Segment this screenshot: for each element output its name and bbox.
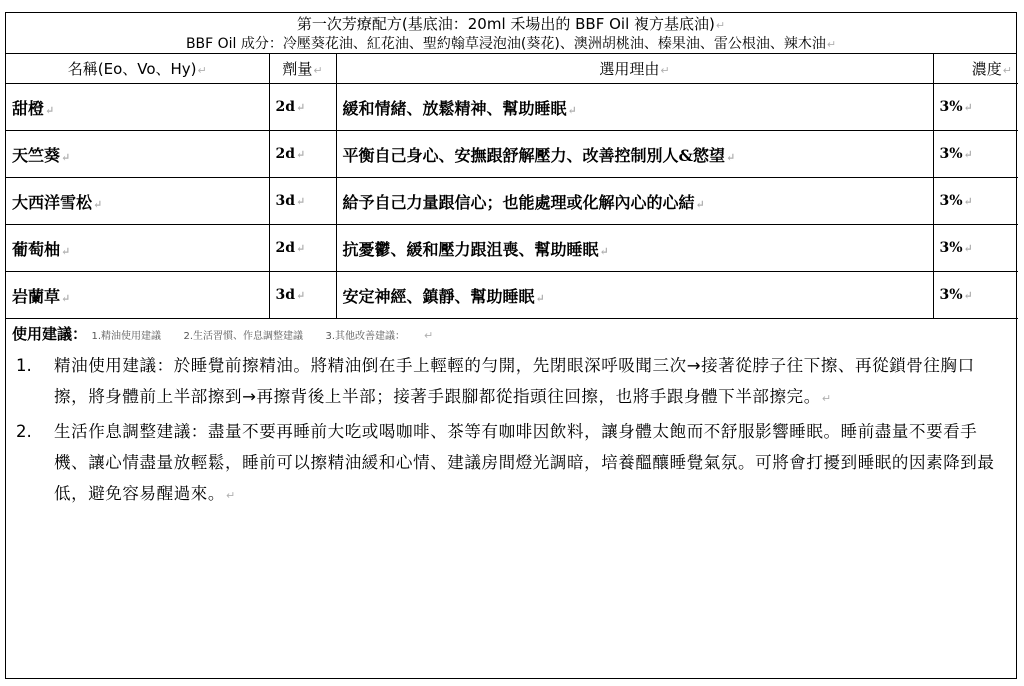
table-row: 天竺葵↵ 2d↵ 平衡自己身心、安撫跟舒解壓力、改善控制別人&慾望↵ 3%↵ — [6, 131, 1018, 178]
item-text: 生活作息調整建議：盡量不要再睡前大吃或喝咖啡、茶等有咖啡因飲料，讓身體太飽而不舒… — [54, 416, 1010, 511]
usage-item: 2. 生活作息調整建議：盡量不要再睡前大吃或喝咖啡、茶等有咖啡因飲料，讓身體太飽… — [12, 416, 1010, 511]
paragraph-mark-icon: ↵ — [61, 245, 70, 258]
usage-suggestions: 使用建議： 1.精油使用建議 2.生活習慣、作息調整建議 3.其他改善建議：↵ … — [6, 319, 1016, 511]
table-row: 大西洋雪松↵ 3d↵ 給予自己力量跟信心；也能處理或化解內心的心結↵ 3%↵ — [6, 178, 1018, 225]
paragraph-mark-icon: ↵ — [61, 151, 70, 164]
paragraph-mark-icon: ↵ — [827, 38, 836, 51]
oil-reason: 平衡自己身心、安撫跟舒解壓力、改善控制別人&慾望↵ — [336, 131, 933, 178]
usage-sub-1: 1.精油使用建議 — [91, 331, 161, 342]
oil-reason: 抗憂鬱、緩和壓力跟沮喪、幫助睡眠↵ — [336, 225, 933, 272]
base-oil-ingredients: BBF Oil 成分：冷壓葵花油、紅花油、聖約翰草浸泡油(葵花)、澳洲胡桃油、榛… — [6, 35, 1016, 54]
oil-concentration: 3%↵ — [933, 225, 1018, 272]
oil-reason: 安定神經、鎮靜、幫助睡眠↵ — [336, 272, 933, 319]
oil-dose: 2d↵ — [269, 84, 336, 131]
item-text: 精油使用建議：於睡覺前擦精油。將精油倒在手上輕輕的勻開，先閉眼深呼吸聞三次→接著… — [54, 350, 1010, 414]
paragraph-mark-icon: ↵ — [696, 198, 705, 211]
paragraph-mark-icon: ↵ — [660, 64, 669, 77]
item-number: 1. — [12, 350, 54, 414]
paragraph-mark-icon: ↵ — [822, 392, 832, 405]
header-concentration: 濃度↵ — [933, 54, 1018, 84]
header-dose: 劑量↵ — [269, 54, 336, 84]
title-block: 第一次芳療配方(基底油：20ml 禾場出的 BBF Oil 複方基底油)↵ BB… — [6, 13, 1016, 54]
paragraph-mark-icon: ↵ — [296, 195, 305, 208]
usage-heading: 使用建議： 1.精油使用建議 2.生活習慣、作息調整建議 3.其他改善建議：↵ — [12, 323, 1010, 348]
paragraph-mark-icon: ↵ — [296, 148, 305, 161]
oil-name: 大西洋雪松↵ — [6, 178, 269, 225]
paragraph-mark-icon: ↵ — [726, 151, 735, 164]
formula-table: 名稱(Eo、Vo、Hy)↵ 劑量↵ 選用理由↵ 濃度↵ 甜橙↵ 2d↵ 緩和情緒… — [6, 54, 1018, 319]
table-row: 岩蘭草↵ 3d↵ 安定神經、鎮靜、幫助睡眠↵ 3%↵ — [6, 272, 1018, 319]
paragraph-mark-icon: ↵ — [1003, 64, 1012, 77]
oil-concentration: 3%↵ — [933, 84, 1018, 131]
oil-name: 葡萄柚↵ — [6, 225, 269, 272]
oil-dose: 2d↵ — [269, 131, 336, 178]
table-row: 甜橙↵ 2d↵ 緩和情緒、放鬆精神、幫助睡眠↵ 3%↵ — [6, 84, 1018, 131]
paragraph-mark-icon: ↵ — [964, 289, 973, 302]
paragraph-mark-icon: ↵ — [313, 64, 322, 77]
paragraph-mark-icon: ↵ — [964, 101, 973, 114]
paragraph-mark-icon: ↵ — [600, 245, 609, 258]
paragraph-mark-icon: ↵ — [964, 242, 973, 255]
table-header-row: 名稱(Eo、Vo、Hy)↵ 劑量↵ 選用理由↵ 濃度↵ — [6, 54, 1018, 84]
oil-reason: 給予自己力量跟信心；也能處理或化解內心的心結↵ — [336, 178, 933, 225]
oil-dose: 2d↵ — [269, 225, 336, 272]
item-number: 2. — [12, 416, 54, 511]
table-row: 葡萄柚↵ 2d↵ 抗憂鬱、緩和壓力跟沮喪、幫助睡眠↵ 3%↵ — [6, 225, 1018, 272]
paragraph-mark-icon: ↵ — [716, 19, 725, 32]
oil-concentration: 3%↵ — [933, 178, 1018, 225]
oil-concentration: 3%↵ — [933, 272, 1018, 319]
paragraph-mark-icon: ↵ — [536, 292, 545, 305]
paragraph-mark-icon: ↵ — [964, 148, 973, 161]
paragraph-mark-icon: ↵ — [296, 101, 305, 114]
oil-name: 甜橙↵ — [6, 84, 269, 131]
paragraph-mark-icon: ↵ — [296, 242, 305, 255]
aromatherapy-formula-document: 第一次芳療配方(基底油：20ml 禾場出的 BBF Oil 複方基底油)↵ BB… — [5, 12, 1017, 679]
oil-reason: 緩和情緒、放鬆精神、幫助睡眠↵ — [336, 84, 933, 131]
paragraph-mark-icon: ↵ — [93, 198, 102, 211]
oil-name: 天竺葵↵ — [6, 131, 269, 178]
oil-name: 岩蘭草↵ — [6, 272, 269, 319]
header-name: 名稱(Eo、Vo、Hy)↵ — [6, 54, 269, 84]
oil-concentration: 3%↵ — [933, 131, 1018, 178]
paragraph-mark-icon: ↵ — [964, 195, 973, 208]
usage-label: 使用建議： — [12, 325, 87, 343]
usage-sub-2: 2.生活習慣、作息調整建議 — [183, 331, 303, 342]
formula-title: 第一次芳療配方(基底油：20ml 禾場出的 BBF Oil 複方基底油)↵ — [6, 13, 1016, 35]
oil-dose: 3d↵ — [269, 272, 336, 319]
paragraph-mark-icon: ↵ — [198, 64, 207, 77]
paragraph-mark-icon: ↵ — [226, 489, 236, 502]
formula-title-text: 第一次芳療配方(基底油：20ml 禾場出的 BBF Oil 複方基底油) — [297, 15, 715, 33]
usage-item: 1. 精油使用建議：於睡覺前擦精油。將精油倒在手上輕輕的勻開，先閉眼深呼吸聞三次… — [12, 350, 1010, 414]
paragraph-mark-icon: ↵ — [568, 104, 577, 117]
ingredients-text: BBF Oil 成分：冷壓葵花油、紅花油、聖約翰草浸泡油(葵花)、澳洲胡桃油、榛… — [186, 36, 826, 52]
usage-sub-3: 3.其他改善建議： — [325, 331, 405, 342]
paragraph-mark-icon: ↵ — [45, 104, 54, 117]
header-reason: 選用理由↵ — [336, 54, 933, 84]
paragraph-mark-icon: ↵ — [424, 329, 433, 342]
paragraph-mark-icon: ↵ — [61, 292, 70, 305]
oil-dose: 3d↵ — [269, 178, 336, 225]
paragraph-mark-icon: ↵ — [296, 289, 305, 302]
